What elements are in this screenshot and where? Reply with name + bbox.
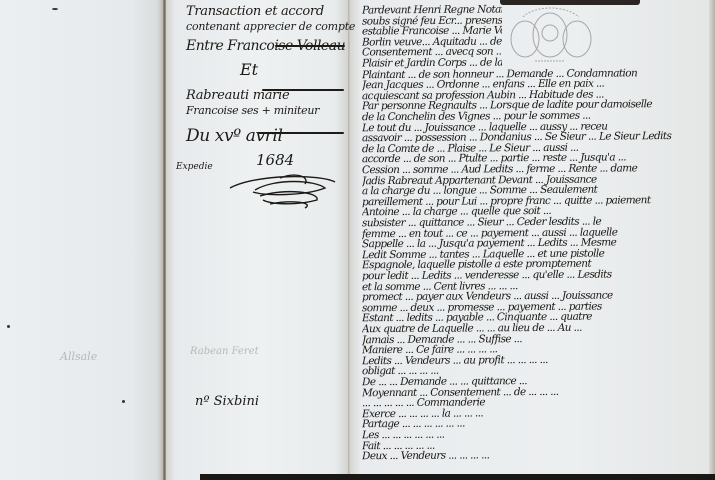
underline-stroke [262,89,344,91]
left-page [0,0,164,480]
signature-flourish-icon [225,170,345,210]
underline-stroke [275,45,345,47]
binding-fold [163,0,166,480]
title-line-2: contenant apprecier de compte [186,20,355,33]
title-line-1: Transaction et accord [186,4,324,19]
title-line-4: Et [240,60,258,79]
title-line-6: Francoise ses + miniteur [186,104,319,117]
faint-note: Rabean Feret [190,346,259,357]
ink-speck [7,325,10,328]
tax-stamp-icon [505,5,595,67]
bleedthrough-text: Allsale [60,350,97,363]
page-edge [348,0,350,480]
date-line: Du xvº avril [186,126,283,146]
underline-stroke [258,132,344,134]
reference-number: nº Sixbini [195,394,259,409]
manuscript-spread: Allsale Transaction et accord contenant … [0,0,715,480]
ink-speck [122,400,125,403]
marginal-note: Expedie [176,162,213,172]
page-bottom-shadow [200,474,715,480]
year-line: 1684 [256,151,294,169]
ink-speck [52,8,58,10]
